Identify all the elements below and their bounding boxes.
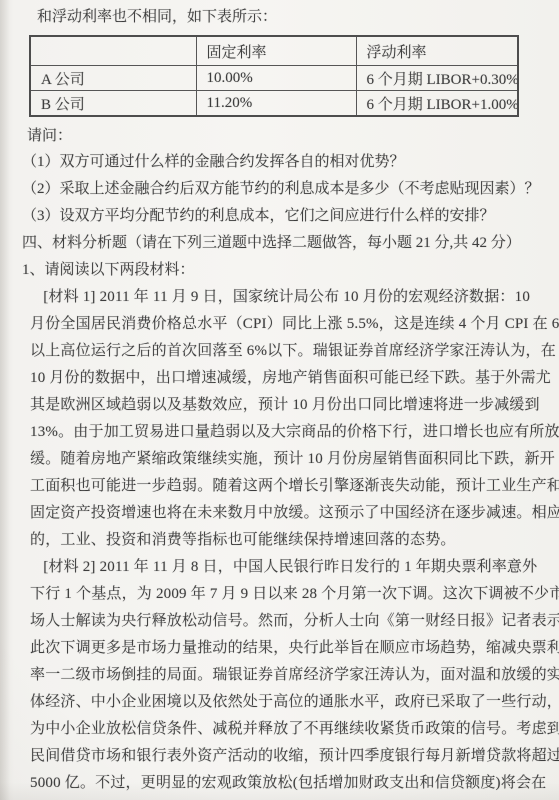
text-line: 下行 1 个基点，为 2009 年 7 月 9 日以来 28 个月第一次下调。这… xyxy=(30,581,531,608)
interest-rates-table: 固定利率 浮动利率 A 公司 10.00% 6 个月期 LIBOR+0.30% … xyxy=(29,35,519,117)
text-line: 场人士解读为央行释放松动信号。然而，分析人士向《第一财经日报》记者表示， xyxy=(30,608,531,635)
row-label-company-a: A 公司 xyxy=(30,66,196,91)
text-line: 13%。由于加工贸易进口量趋弱以及大宗商品的价格下行，进口增长也应有所放 xyxy=(30,419,531,446)
text-line: 5000 亿。不过，更明显的宏观政策放松(包括增加财政支出和信贷额度)将会在 xyxy=(30,770,531,797)
table-corner-cell xyxy=(30,36,196,66)
text-line: （3）设双方平均分配节约的利息成本，它们之间应进行什么样的安排？ xyxy=(22,203,531,230)
cell-floating-rate-a: 6 个月期 LIBOR+0.30% xyxy=(356,66,518,91)
text-line: 缓。随着房地产紧缩政策继续实施，预计 10 月份房屋销售面积同比下跌，新开 xyxy=(30,446,531,473)
table-row: B 公司 11.20% 6 个月期 LIBOR+1.00% xyxy=(30,91,518,117)
row-label-company-b: B 公司 xyxy=(30,91,196,117)
text-line: 率一二级市场倒挂的局面。瑞银证券首席经济学家汪涛认为，面对温和放缓的实 xyxy=(30,662,531,689)
text-line: 工面积也可能进一步趋弱。随着这两个增长引擎逐渐丧失动能，预计工业生产和 xyxy=(30,473,531,500)
text-line: （1）双方可通过什么样的金融合约发挥各自的相对优势？ xyxy=(22,149,531,176)
question-list: （1）双方可通过什么样的金融合约发挥各自的相对优势？（2）采取上述金融合约后双方… xyxy=(30,149,531,230)
col-header-fixed-rate: 固定利率 xyxy=(196,36,356,66)
intro-line: 和浮动利率也不相同，如下表所示： xyxy=(37,6,531,28)
text-line: （2）采取上述金融合约后双方能节约的利息成本是多少（不考虑贴现因素）？ xyxy=(22,176,531,203)
page-content: 和浮动利率也不相同，如下表所示： 固定利率 浮动利率 A 公司 10.00% 6… xyxy=(0,0,559,797)
scanned-document-page: 和浮动利率也不相同，如下表所示： 固定利率 浮动利率 A 公司 10.00% 6… xyxy=(0,0,559,800)
section-four-heading: 四、材料分析题（请在下列三道题中选择二题做答，每小题 21 分,共 42 分） xyxy=(22,230,531,257)
cell-fixed-rate-b: 11.20% xyxy=(196,91,356,117)
text-line: 以上高位运行之后的首次回落至 6%以下。瑞银证券首席经济学家汪涛认为，在 xyxy=(30,338,531,365)
material-2-paragraph: [材料 2] 2011 年 11 月 8 日，中国人民银行昨日发行的 1 年期央… xyxy=(30,554,531,797)
table-header-row: 固定利率 浮动利率 xyxy=(30,36,518,66)
text-line: 月份全国居民消费价格总水平（CPI）同比上涨 5.5%，这是连续 4 个月 CP… xyxy=(30,311,531,338)
text-line: 的，工业、投资和消费等指标也可能继续保持增速回落的态势。 xyxy=(30,527,531,554)
text-line: 其是欧洲区域趋弱以及基数效应，预计 10 月份出口同比增速将进一步减缓到 xyxy=(30,392,531,419)
section-four-item-1: 1、请阅读以下两段材料： xyxy=(22,257,531,284)
cell-fixed-rate-a: 10.00% xyxy=(196,66,356,91)
cell-floating-rate-b: 6 个月期 LIBOR+1.00% xyxy=(356,91,518,117)
text-line: 民间借贷市场和银行表外资产活动的收缩，预计四季度银行每月新增贷款将超过 xyxy=(30,743,531,770)
col-header-floating-rate: 浮动利率 xyxy=(356,36,518,66)
text-line: 固定资产投资增速也将在未来数月中放缓。这预示了中国经济在逐步减速。相应 xyxy=(30,500,531,527)
text-line: [材料 1] 2011 年 11 月 9 日，国家统计局公布 10 月份的宏观经… xyxy=(30,284,531,311)
text-line: 体经济、中小企业困境以及依然处于高位的通胀水平，政府已采取了一些行动， xyxy=(30,689,531,716)
table-row: A 公司 10.00% 6 个月期 LIBOR+0.30% xyxy=(30,66,518,91)
material-1-paragraph: [材料 1] 2011 年 11 月 9 日，国家统计局公布 10 月份的宏观经… xyxy=(30,284,531,554)
text-line: [材料 2] 2011 年 11 月 8 日，中国人民银行昨日发行的 1 年期央… xyxy=(30,554,531,581)
questions-intro: 请问： xyxy=(27,123,531,149)
text-line: 此次下调更多是市场力量推动的结果，央行此举旨在顺应市场趋势，缩减央票利 xyxy=(30,635,531,662)
text-line: 10 月份的数据中，出口增速减缓，房地产销售面积可能已经下跌。基于外需尤 xyxy=(30,365,531,392)
text-line: 为中小企业放松信贷条件、减税并释放了不再继续收紧货币政策的信号。考虑到 xyxy=(30,716,531,743)
